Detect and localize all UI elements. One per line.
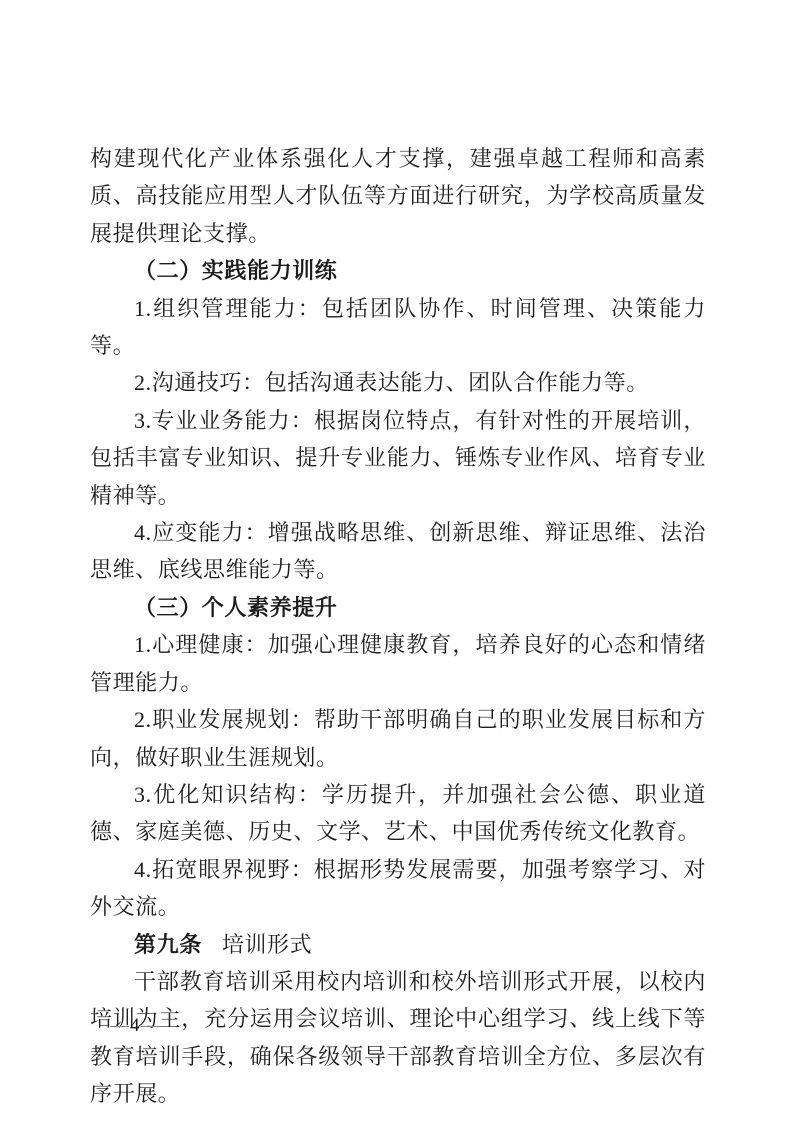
- document-body: 构建现代化产业体系强化人才支撑，建强卓越工程师和高素质、高技能应用型人才队伍等方…: [90, 140, 706, 1113]
- body-paragraph-continuation: 构建现代化产业体系强化人才支撑，建强卓越工程师和高素质、高技能应用型人才队伍等方…: [90, 140, 706, 252]
- page-number: —4—: [110, 1012, 161, 1040]
- list-item: 1.组织管理能力：包括团队协作、时间管理、决策能力等。: [90, 290, 706, 365]
- section-heading-3: （三）个人素养提升: [90, 589, 706, 626]
- article-heading: 第九条培训形式: [90, 926, 706, 963]
- article-title: 培训形式: [222, 932, 312, 957]
- page-number-left-dash: —: [110, 1015, 130, 1036]
- page-number-right-dash: —: [141, 1015, 161, 1036]
- list-item: 4.拓宽眼界视野：根据形势发展需要，加强考察学习、对外交流。: [90, 851, 706, 926]
- list-item: 3.优化知识结构：学历提升，并加强社会公德、职业道德、家庭美德、历史、文学、艺术…: [90, 776, 706, 851]
- section-heading-2: （二）实践能力训练: [90, 252, 706, 289]
- list-item: 3.专业业务能力：根据岗位特点，有针对性的开展培训，包括丰富专业知识、提升专业能…: [90, 402, 706, 514]
- document-page: 构建现代化产业体系强化人才支撑，建强卓越工程师和高素质、高技能应用型人才队伍等方…: [0, 0, 794, 1122]
- body-paragraph: 干部教育培训采用校内培训和校外培训形式开展，以校内培训为主，充分运用会议培训、理…: [90, 963, 706, 1113]
- article-label: 第九条: [134, 932, 202, 957]
- page-number-value: 4: [130, 1015, 141, 1036]
- list-item: 2.职业发展规划：帮助干部明确自己的职业发展目标和方向，做好职业生涯规划。: [90, 701, 706, 776]
- list-item: 2.沟通技巧：包括沟通表达能力、团队合作能力等。: [90, 364, 706, 401]
- list-item: 1.心理健康：加强心理健康教育，培养良好的心态和情绪管理能力。: [90, 626, 706, 701]
- list-item: 4.应变能力：增强战略思维、创新思维、辩证思维、法治思维、底线思维能力等。: [90, 514, 706, 589]
